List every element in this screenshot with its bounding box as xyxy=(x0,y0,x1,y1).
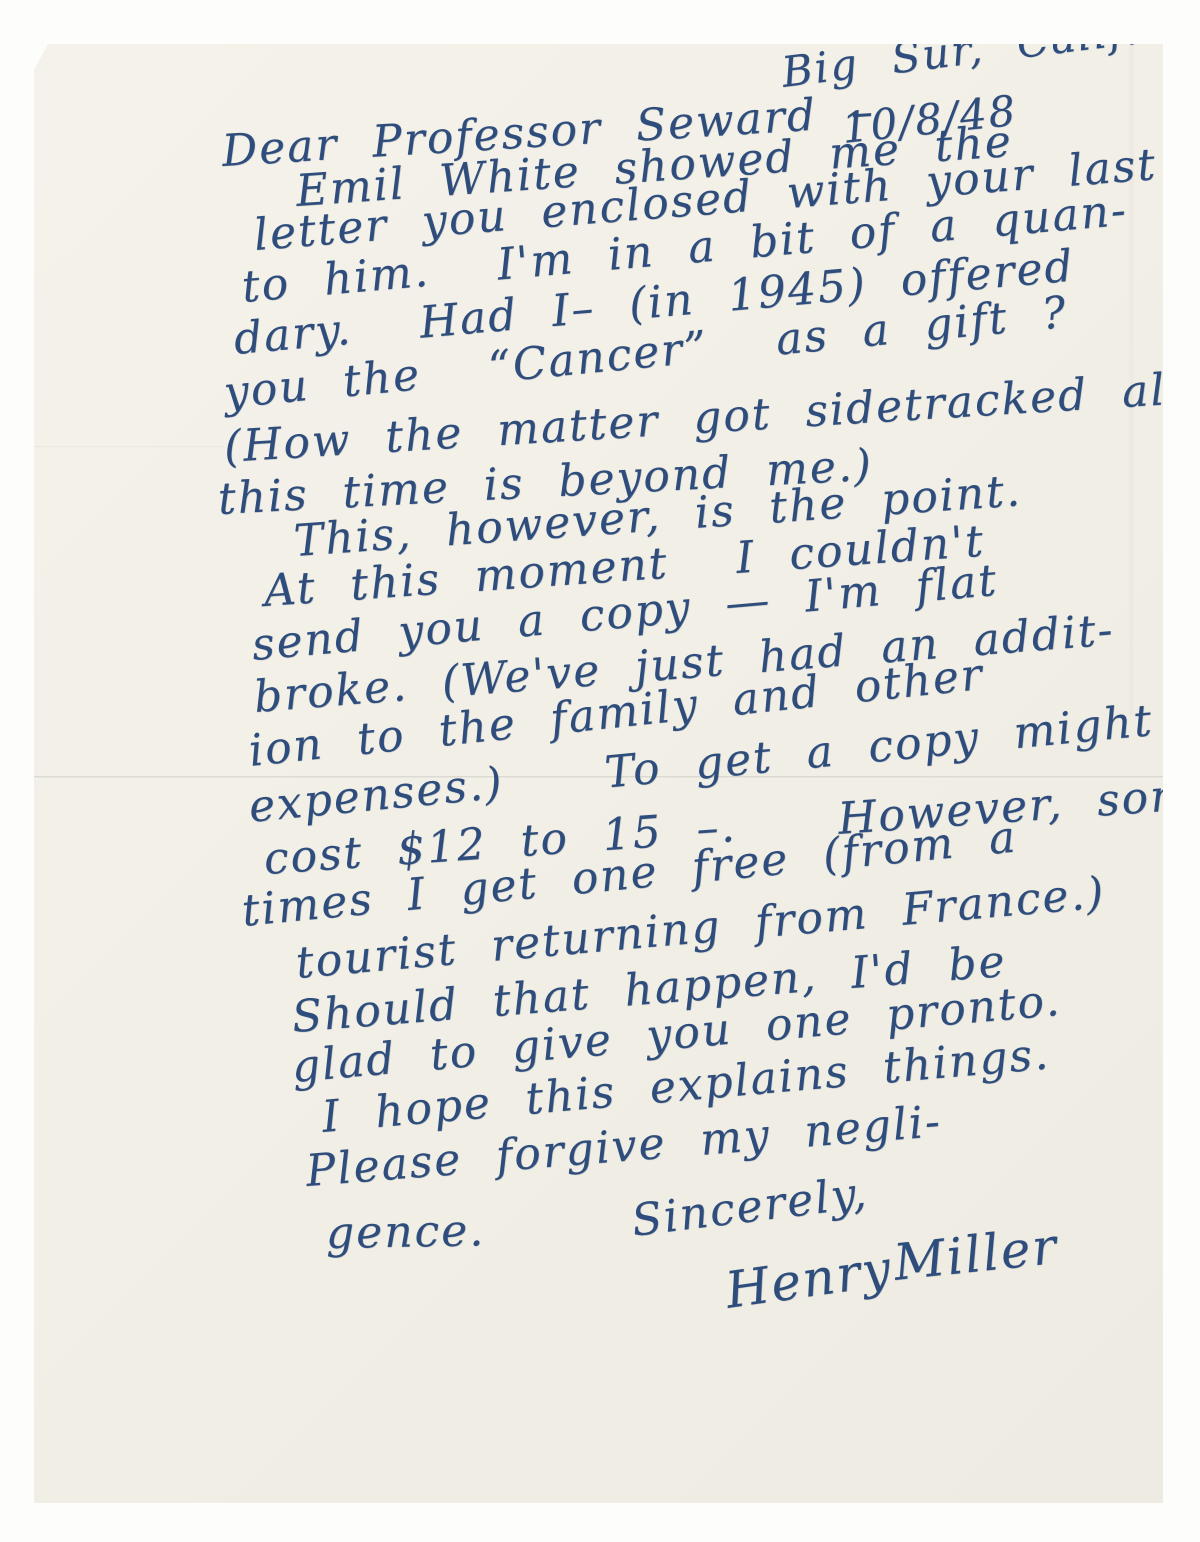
letter-place: Big Sur, Calif. xyxy=(779,8,1141,94)
signature-last-name: Miller xyxy=(891,1221,1060,1288)
letter-line: gence. xyxy=(326,1209,486,1256)
letter-photo: Big Sur, Calif. 10/8/48 Dear Professor S… xyxy=(0,0,1200,1542)
letter-closing: Sincerely, xyxy=(629,1171,870,1244)
fold-crease-minor xyxy=(34,446,224,448)
letter-paper: Big Sur, Calif. 10/8/48 Dear Professor S… xyxy=(34,44,1163,1503)
signature-first-name: Henry xyxy=(723,1243,896,1316)
